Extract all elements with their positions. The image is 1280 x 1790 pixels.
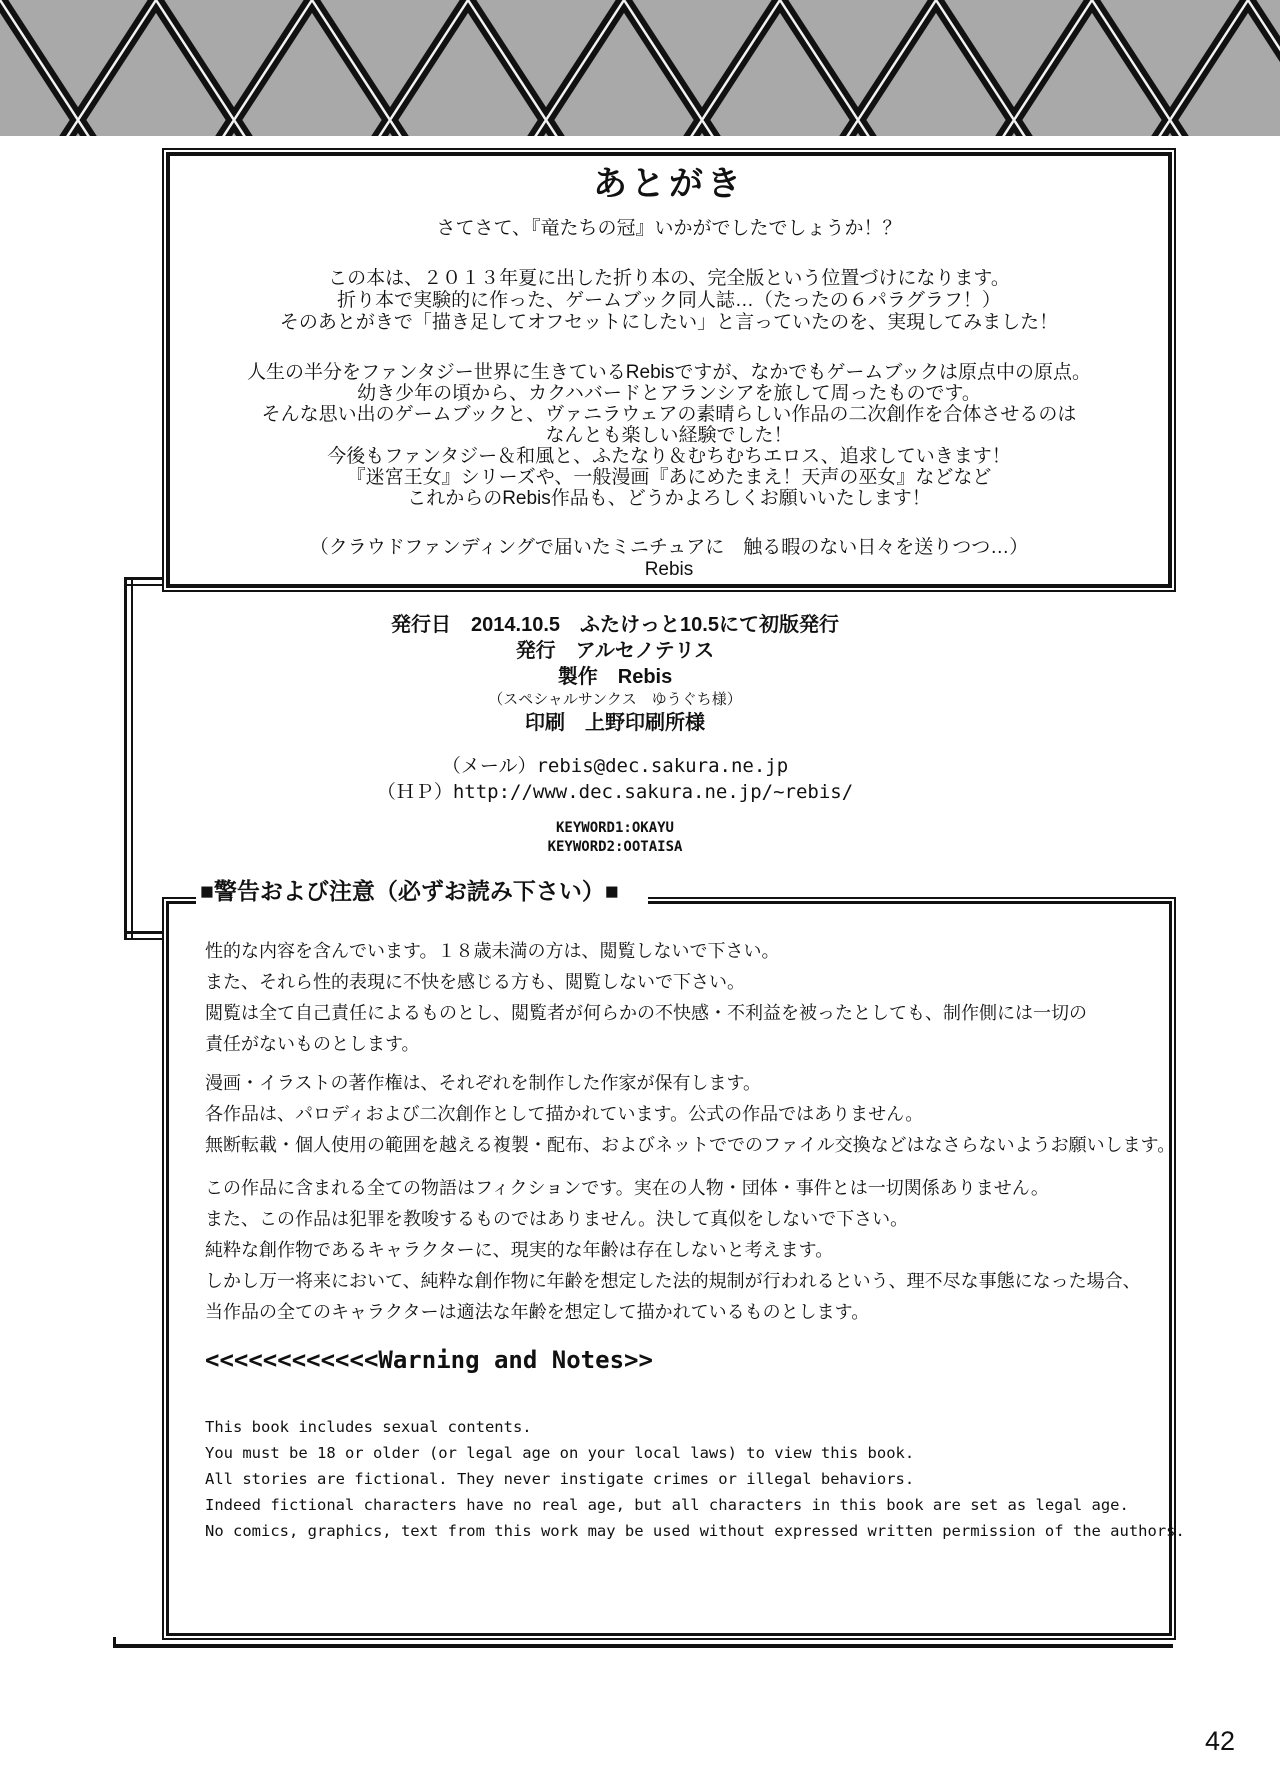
warning-line: 閲覧は全て自己責任によるものとし、閲覧者が何らかの不快感・不利益を被ったとしても… [205,998,1170,1029]
colophon-keyword-2: KEYWORD2:OOTAISA [25,838,1205,857]
afterword-intro-line: さてさて、『竜たちの冠』いかがでしたでしょうか！？ [170,218,1168,240]
afterword-signature: Rebis [170,559,1168,581]
afterword-line: これからのRebis作品も、どうかよろしくお願いいたします！ [170,488,1168,509]
afterword-paragraph-2: 人生の半分をファンタジー世界に生きているRebisですが、なかでもゲームブックは… [170,362,1168,509]
afterword-paragraph-1: この本は、２０１３年夏に出した折り本の、完全版という位置づけになります。 折り本… [170,268,1168,334]
colophon-keyword-1: KEYWORD1:OKAYU [25,819,1205,838]
warning-line: 漫画・イラストの著作権は、それぞれを制作した作家が保有します。 [205,1068,1170,1099]
offset-frame-top-connector [124,577,162,586]
diamond-lattice-banner [0,0,1280,136]
afterword-box-inner: あとがき さてさて、『竜たちの冠』いかがでしたでしょうか！？ この本は、２０１３… [166,152,1172,588]
afterword-line: 幼き少年の頃から、カクハバードとアランシアを旅して周ったものです。 [170,383,1168,404]
warning-paragraph-2: 漫画・イラストの著作権は、それぞれを制作した作家が保有します。 各作品は、パロデ… [205,1068,1170,1161]
afterword-line: そのあとがきで「描き足してオフセットにしたい」と言っていたのを、実現してみました… [170,312,1168,334]
colophon-publisher: 発行 アルセノテリス [25,638,1205,664]
warning-english-line: Indeed fictional characters have no real… [205,1492,1170,1518]
warning-line: この作品に含まれる全ての物語はフィクションです。実在の人物・団体・事件とは一切関… [205,1173,1170,1204]
afterword-line: 『迷宮王女』シリーズや、一般漫画『あにめたまえ！天声の巫女』などなど [170,467,1168,488]
warning-line: 責任がないものとします。 [205,1029,1170,1060]
warning-box-shadow-elbow [113,1637,116,1647]
afterword-line: そんな思い出のゲームブックと、ヴァニラウェアの素晴らしい作品の二次創作を合体させ… [170,404,1168,425]
colophon-printing: 印刷 上野印刷所様 [25,710,1205,736]
warning-english-line: This book includes sexual contents. [205,1414,1170,1440]
offset-frame-bottom-connector [124,931,166,940]
warning-line: 無断転載・個人使用の範囲を越える複製・配布、およびネットででのファイル交換などは… [205,1130,1170,1161]
warning-english-line: No comics, graphics, text from this work… [205,1518,1170,1544]
warning-text: 性的な内容を含んでいます。１８歳未満の方は、閲覧しないで下さい。 また、それら性… [205,930,1170,1544]
afterword-line: 折り本で実験的に作った、ゲームブック同人誌…（たったの６パラグラフ！） [170,290,1168,312]
warning-line: 各作品は、パロディおよび二次創作として描かれています。公式の作品ではありません。 [205,1099,1170,1130]
warning-line: 純粋な創作物であるキャラクターに、現実的な年齢は存在しないと考えます。 [205,1235,1170,1266]
colophon-email: （メール）rebis@dec.sakura.ne.jp [25,753,1205,779]
warning-english-line: You must be 18 or older (or legal age on… [205,1440,1170,1466]
colophon-homepage-url: （ＨＰ）http://www.dec.sakura.ne.jp/~rebis/ [25,779,1205,805]
colophon: 発行日 2014.10.5 ふたけっと10.5にて初版発行 発行 アルセノテリス… [25,604,1205,857]
warning-paragraph-3: この作品に含まれる全ての物語はフィクションです。実在の人物・団体・事件とは一切関… [205,1173,1170,1328]
afterword-signoff: （クラウドファンディングで届いたミニチュアに 触る暇のない日々を送りつつ…） R… [170,537,1168,581]
colophon-issue-date: 発行日 2014.10.5 ふたけっと10.5にて初版発行 [25,612,1205,638]
warning-header: ■警告および注意（必ずお読み下さい）■ [200,874,619,908]
afterword-line: （クラウドファンディングで届いたミニチュアに 触る暇のない日々を送りつつ…） [170,537,1168,559]
afterword-box: あとがき さてさて、『竜たちの冠』いかがでしたでしょうか！？ この本は、２０１３… [162,148,1176,592]
warning-paragraph-1: 性的な内容を含んでいます。１８歳未満の方は、閲覧しないで下さい。 また、それら性… [205,936,1170,1060]
warning-line: また、それら性的表現に不快を感じる方も、閲覧しないで下さい。 [205,967,1170,998]
warning-line: 性的な内容を含んでいます。１８歳未満の方は、閲覧しないで下さい。 [205,936,1170,967]
afterword-line: なんとも楽しい経験でした！ [170,425,1168,446]
warning-english-block: This book includes sexual contents. You … [205,1414,1170,1544]
colophon-special-thanks: （スペシャルサンクス ゆうぐち様） [25,690,1205,710]
afterword-title: あとがき [170,164,1168,204]
afterword-line: 今後もファンタジー＆和風と、ふたなり＆むちむちエロス、追求していきます！ [170,446,1168,467]
warning-line: また、この作品は犯罪を教唆するものではありません。決して真似をしないで下さい。 [205,1204,1170,1235]
page-number: 42 [1190,1726,1250,1756]
offset-frame-vertical-line [124,577,133,940]
warning-line: 当作品の全てのキャラクターは適法な年齢を想定して描かれているものとします。 [205,1297,1170,1328]
colophon-production: 製作 Rebis [25,664,1205,690]
warning-line: しかし万一将来において、純粋な創作物に年齢を想定した法的規制が行われるという、理… [205,1266,1170,1297]
warning-box-shadow-line [113,1644,1173,1648]
warning-english-heading: <<<<<<<<<<<<Warning and Notes>> [205,1342,1170,1378]
lattice-pattern-graphic [0,0,1280,136]
afterword-line: この本は、２０１３年夏に出した折り本の、完全版という位置づけになります。 [170,268,1168,290]
afterword-line: 人生の半分をファンタジー世界に生きているRebisですが、なかでもゲームブックは… [170,362,1168,383]
warning-english-line: All stories are fictional. They never in… [205,1466,1170,1492]
